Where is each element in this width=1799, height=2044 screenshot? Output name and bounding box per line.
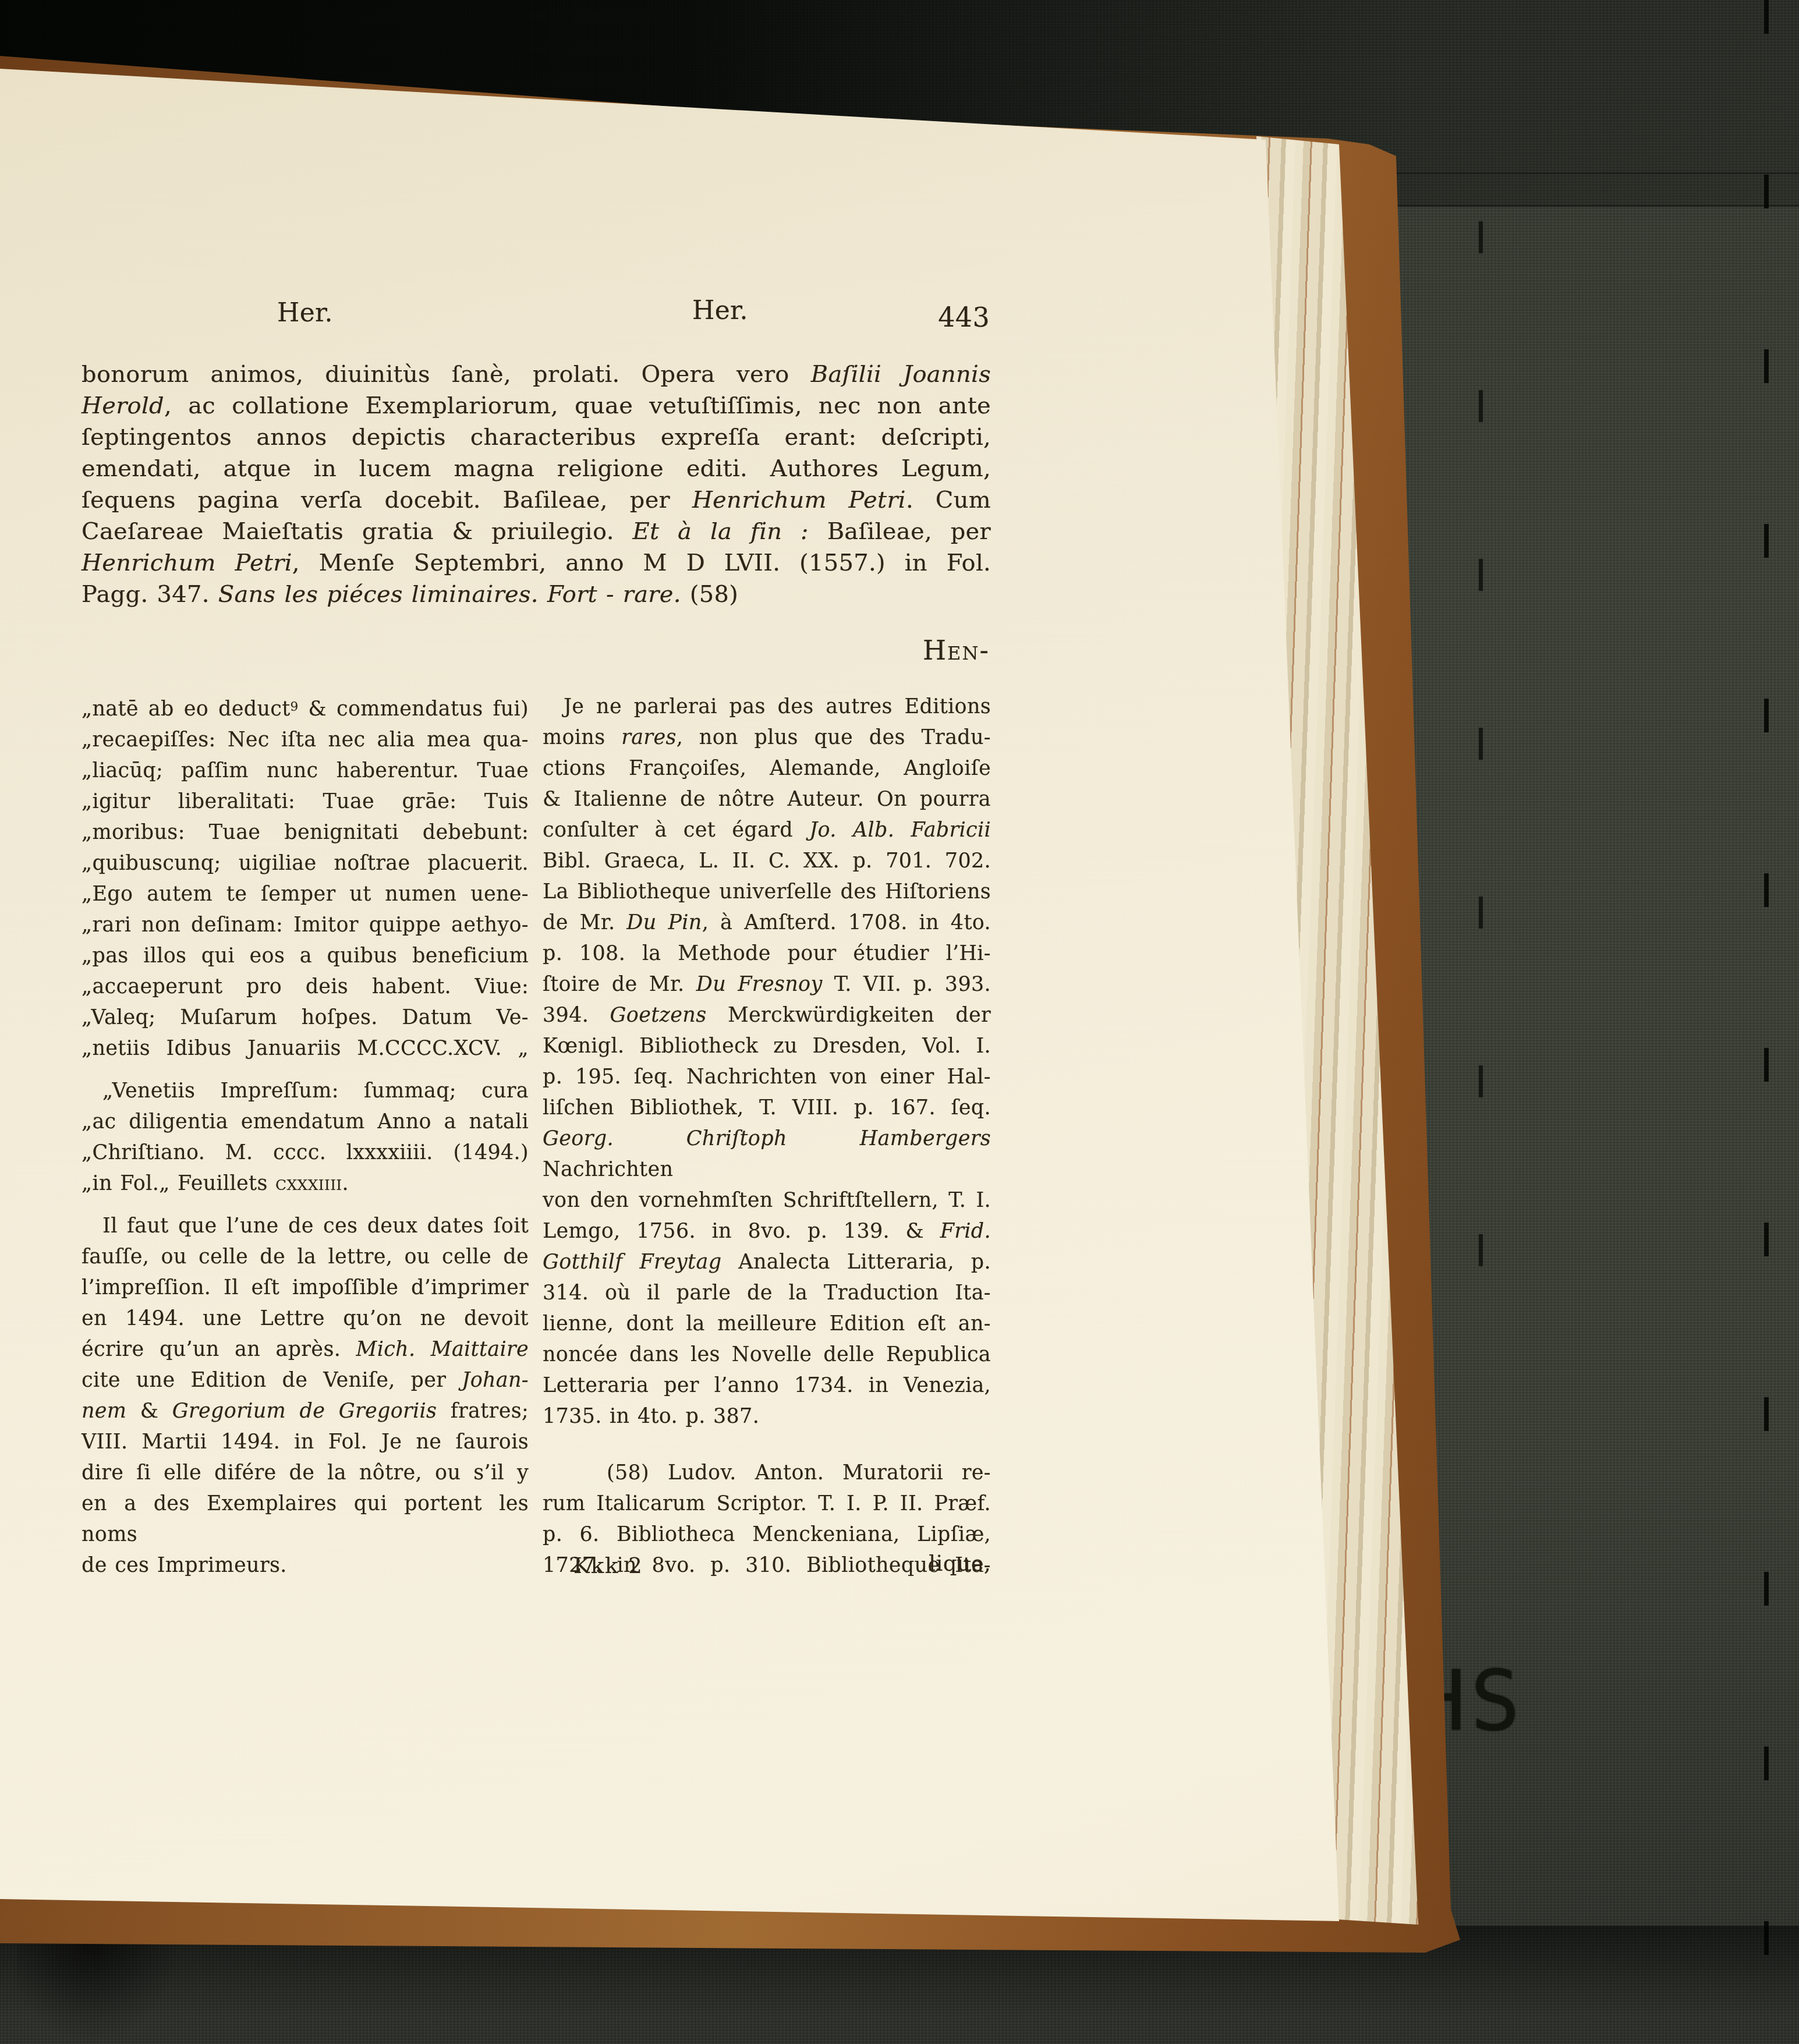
text-line: „Ego autem te ſemper ut numen uene- xyxy=(82,879,529,910)
text-line: dire ſi elle difére de la nôtre, ou s’il… xyxy=(82,1458,529,1489)
text-line: cite une Edition de Veniſe, per Johan- xyxy=(82,1365,529,1396)
text-line: „Venetiis Impreſſum: ſummaq; cura xyxy=(82,1076,529,1107)
text-line: en 1494. une Lettre qu’on ne devoit xyxy=(82,1303,529,1334)
text-segment: „rari non deſinam: Imitor quippe aethyo- xyxy=(82,913,529,937)
text-line: l’impreſſion. Il eſt impoſſible d’imprim… xyxy=(82,1273,529,1303)
text-segment: Letteraria per l’anno 1734. in Venezia, xyxy=(543,1374,991,1397)
text-segment: „Chriſtiano. M. cccc. lxxxxiiii. (1494.) xyxy=(82,1141,529,1164)
text-segment: „igitur liberalitati: Tuae grāe: Tuis xyxy=(82,790,529,813)
text-segment: Et à la fin : xyxy=(632,518,808,545)
text-segment: „Venetiis Impreſſum: ſummaq; cura xyxy=(102,1079,529,1103)
text-line: Henrichum Petri, Menſe Septembri, anno M… xyxy=(82,547,991,579)
text-line: VIII. Martii 1494. in Fol. Je ne ſaurois xyxy=(82,1427,529,1458)
text-segment: „pas illos qui eos a quibus beneficium xyxy=(82,944,529,968)
text-line: „recaepiſſes: Nec iſta nec alia mea qua- xyxy=(82,725,529,756)
text-line: nem & Gregorium de Gregoriis fratres; xyxy=(82,1396,529,1427)
text-segment: Henrichum Petri xyxy=(82,550,292,576)
text-segment: La Bibliotheque univerſelle des Hiſtorie… xyxy=(543,880,991,904)
text-segment: p. 195. ſeq. Nachrichten von einer Hal- xyxy=(543,1065,991,1089)
text-line: p. 108. la Methode pour étudier l’Hi- xyxy=(543,938,991,969)
text-segment: nem xyxy=(82,1400,126,1423)
text-segment: „moribus: Tuae benignitati debebunt: xyxy=(82,821,529,844)
text-line: Caeſareae Maieſtatis gratia & priuilegio… xyxy=(82,516,991,547)
text-segment: liſchen Bibliothek, T. VIII. p. 167. ſeq… xyxy=(543,1096,991,1120)
text-line: ſeptingentos annos depictis characteribu… xyxy=(82,421,991,453)
text-segment: Jo. Alb. Fabricii xyxy=(809,819,991,842)
text-segment: noncée dans les Novelle delle Republica xyxy=(543,1343,991,1366)
text-line: La Bibliotheque univerſelle des Hiſtorie… xyxy=(543,877,991,908)
text-line: „quibuscunq; uigiliae noſtrae placuerit. xyxy=(82,848,529,879)
text-segment: de ces Imprimeurs. xyxy=(82,1554,287,1577)
text-segment: „netiis Idibus Januariis M.CCCC.XCV. „ xyxy=(82,1037,529,1060)
text-segment: Lemgo, 1756. in 8vo. p. 139. & xyxy=(543,1220,940,1243)
text-line: Lemgo, 1756. in 8vo. p. 139. & Frid. xyxy=(543,1216,991,1247)
text-line: Georg. Chriſtoph Hambergers Nachrichten xyxy=(543,1124,991,1185)
page-number: 443 xyxy=(873,302,990,333)
text-line: noncée dans les Novelle delle Republica xyxy=(543,1340,991,1370)
text-segment: Kœnigl. Bibliotheck zu Dresden, Vol. I. xyxy=(543,1035,991,1058)
text-segment: bonorum animos, diuinitùs ſanè, prolati.… xyxy=(82,361,811,388)
text-line: liſchen Bibliothek, T. VIII. p. 167. ſeq… xyxy=(543,1093,991,1124)
text-segment: conſulter à cet égard xyxy=(543,819,809,842)
text-segment: rum Italicarum Scriptor. T. I. P. II. Pr… xyxy=(543,1492,991,1515)
text-line: von den vornehmſten Schriftſtellern, T. … xyxy=(543,1185,991,1216)
text-segment: Johan- xyxy=(462,1369,529,1392)
text-segment: emendati, atque in lucem magna religione… xyxy=(82,455,991,482)
text-segment: fauſſe, ou celle de la lettre, ou celle … xyxy=(82,1245,529,1269)
text-segment: Analecta Litteraria, p. xyxy=(721,1251,991,1274)
text-line: „Valeq; Muſarum hoſpes. Datum Ve- xyxy=(82,1002,529,1033)
text-segment: Baſilii Joannis xyxy=(811,361,991,388)
text-line: de Mr. Du Pin, à Amſterd. 1708. in 4to. xyxy=(543,908,991,938)
text-segment: „accaeperunt pro deis habent. Viue: xyxy=(82,975,529,998)
text-line: „natē ab eo deduct9 & commendatus fui) xyxy=(82,692,529,725)
text-line: „liacūq; paſſim nunc haberentur. Tuae xyxy=(82,756,529,787)
text-line: Letteraria per l’anno 1734. in Venezia, xyxy=(543,1370,991,1401)
text-line: p. 195. ſeq. Nachrichten von einer Hal- xyxy=(543,1062,991,1093)
text-segment: Il faut que l’une de ces deux dates ſoit xyxy=(102,1214,529,1238)
text-line: ſtoire de Mr. Du Fresnoy T. VII. p. 393. xyxy=(543,969,991,1000)
text-line: conſulter à cet égard Jo. Alb. Fabricii xyxy=(543,815,991,846)
text-segment: Du Pin xyxy=(626,911,702,934)
text-line: (58) Ludov. Anton. Muratorii re- xyxy=(543,1458,991,1489)
text-segment: „quibuscunq; uigiliae noſtrae placuerit. xyxy=(82,852,529,875)
text-line: de ces Imprimeurs. xyxy=(82,1550,529,1581)
text-line: écrire qu’un an après. Mich. Maittaire xyxy=(82,1334,529,1365)
left-column: „natē ab eo deduct9 & commendatus fui)„r… xyxy=(82,692,529,1581)
text-line: „ac diligentia emendatum Anno a natali xyxy=(82,1107,529,1138)
text-segment: „liacūq; paſſim nunc haberentur. Tuae xyxy=(82,759,529,782)
text-line: & Italienne de nôtre Auteur. On pourra xyxy=(543,784,991,815)
text-segment: VIII. Martii 1494. in Fol. Je ne ſaurois xyxy=(82,1430,529,1454)
text-segment: T. VII. p. 393. xyxy=(822,973,991,996)
text-segment: cxxxiiii. xyxy=(275,1172,349,1195)
text-segment: en a des Exemplaires qui portent les nom… xyxy=(82,1492,529,1546)
text-segment: von den vornehmſten Schriftſtellern, T. … xyxy=(543,1189,991,1212)
text-segment: Caeſareae Maieſtatis gratia & priuilegio… xyxy=(82,518,632,545)
text-segment: Sans les piéces liminaires. Fort - rare. xyxy=(218,581,681,608)
text-segment: Mich. Maittaire xyxy=(356,1338,529,1361)
text-line: 314. où il parle de la Traduction Ita- xyxy=(543,1278,991,1309)
text-segment: Du Fresnoy xyxy=(696,973,823,996)
text-line: „moribus: Tuae benignitati debebunt: xyxy=(82,817,529,848)
running-title-right: Her. xyxy=(543,296,898,325)
text-segment: 1735. in 4to. p. 387. xyxy=(543,1405,759,1428)
text-segment: Georg. Chriſtoph Hambergers xyxy=(543,1127,991,1150)
signature-mark: Kkk 2 xyxy=(573,1553,643,1578)
text-segment: ſeptingentos annos depictis characteribu… xyxy=(82,424,991,451)
running-title-left: Her. xyxy=(82,298,529,328)
text-segment: dire ſi elle difére de la nôtre, ou s’il… xyxy=(82,1461,529,1485)
text-line: „rari non deſinam: Imitor quippe aethyo- xyxy=(82,910,529,941)
text-segment: Baſileae, per xyxy=(809,518,991,545)
text-line: bonorum animos, diuinitùs ſanè, prolati.… xyxy=(82,359,991,390)
text-segment: Herold xyxy=(82,392,164,419)
text-line: 394. Goetzens Merckwürdigkeiten der xyxy=(543,1000,991,1031)
text-line: „pas illos qui eos a quibus beneficium xyxy=(82,941,529,972)
text-segment: Frid. xyxy=(940,1220,991,1243)
text-segment: . Cum xyxy=(906,487,991,513)
text-segment: de Mr. xyxy=(543,911,626,934)
text-line: ſequens pagina verſa docebit. Baſileae, … xyxy=(82,484,991,516)
text-segment: 394. xyxy=(543,1004,610,1027)
text-segment: 9 xyxy=(291,700,299,714)
text-segment: „Valeq; Muſarum hoſpes. Datum Ve- xyxy=(82,1006,529,1029)
text-segment: rares xyxy=(621,726,677,749)
text-line: „Chriſtiano. M. cccc. lxxxxiiii. (1494.) xyxy=(82,1138,529,1168)
text-line: Bibl. Graeca, L. II. C. XX. p. 701. 702. xyxy=(543,846,991,877)
text-line: en a des Exemplaires qui portent les nom… xyxy=(82,1489,529,1550)
text-segment: l’impreſſion. Il eſt impoſſible d’imprim… xyxy=(82,1276,529,1299)
text-line: p. 6. Bibliotheca Menckeniana, Lipſiæ, xyxy=(543,1519,991,1550)
text-segment: en 1494. une Lettre qu’on ne devoit xyxy=(82,1307,529,1330)
text-segment: écrire qu’un an après. xyxy=(82,1338,356,1361)
text-segment: „ac diligentia emendatum Anno a natali xyxy=(82,1110,529,1133)
text-line: ctions Françoiſes, Alemande, Angloiſe xyxy=(543,753,991,784)
text-line: rum Italicarum Scriptor. T. I. P. II. Pr… xyxy=(543,1489,991,1519)
text-segment: (58) Ludov. Anton. Muratorii re- xyxy=(607,1461,991,1485)
text-segment: cite une Edition de Veniſe, per xyxy=(82,1369,462,1392)
text-segment: , à Amſterd. 1708. in 4to. xyxy=(702,911,991,934)
text-segment: p. 6. Bibliotheca Menckeniana, Lipſiæ, xyxy=(543,1523,991,1546)
text-segment: Bibl. Graeca, L. II. C. XX. p. 701. 702. xyxy=(543,849,991,873)
text-line: Gotthilf Freytag Analecta Litteraria, p. xyxy=(543,1247,991,1278)
text-segment: Nachrichten xyxy=(543,1158,673,1181)
text-segment: „recaepiſſes: Nec iſta nec alia mea qua- xyxy=(82,728,529,752)
text-segment: 314. où il parle de la Traduction Ita- xyxy=(543,1281,991,1305)
text-segment: Gregorium de Gregoriis xyxy=(172,1400,437,1423)
intro-paragraph: bonorum animos, diuinitùs ſanè, prolati.… xyxy=(82,359,991,610)
text-line: „igitur liberalitati: Tuae grāe: Tuis xyxy=(82,787,529,817)
text-segment: (58) xyxy=(681,581,738,608)
text-segment: & xyxy=(126,1400,172,1423)
text-segment: Gotthilf Freytag xyxy=(543,1251,721,1274)
text-segment: ſequens pagina verſa docebit. Baſileae, … xyxy=(82,487,692,513)
text-line: Il faut que l’une de ces deux dates ſoit xyxy=(82,1211,529,1242)
text-segment: & Italienne de nôtre Auteur. On pourra xyxy=(543,788,991,811)
column-catchword: Hen- xyxy=(699,635,990,666)
text-line: „in Fol.„ Feuillets cxxxiiii. xyxy=(82,1168,529,1199)
text-line: lienne, dont la meilleure Edition eſt an… xyxy=(543,1309,991,1340)
text-segment: ſtoire de Mr. xyxy=(543,973,696,996)
text-segment: „natē ab eo deduct xyxy=(82,697,291,721)
text-line: „accaeperunt pro deis habent. Viue: xyxy=(82,972,529,1002)
text-line: moins rares, non plus que des Tradu- xyxy=(543,722,991,753)
text-segment: p. 108. la Methode pour étudier l’Hi- xyxy=(543,942,991,965)
text-segment: fratres; xyxy=(437,1400,529,1423)
text-segment: Goetzens xyxy=(610,1004,707,1027)
text-line: 1735. in 4to. p. 387. xyxy=(543,1401,991,1432)
text-segment: , non plus que des Tradu- xyxy=(677,726,991,749)
text-segment: & commendatus fui) xyxy=(299,697,529,721)
right-column: Je ne parlerai pas des autres Editionsmo… xyxy=(543,692,991,1581)
text-segment: Henrichum Petri xyxy=(692,487,906,513)
text-segment: moins xyxy=(543,726,621,749)
text-segment: „in Fol.„ Feuillets xyxy=(82,1172,275,1195)
text-line: Herold, ac collatione Exemplariorum, qua… xyxy=(82,390,991,421)
text-line: Pagg. 347. Sans les piéces liminaires. F… xyxy=(82,579,991,610)
text-line: emendati, atque in lucem magna religione… xyxy=(82,453,991,484)
text-line: fauſſe, ou celle de la lettre, ou celle … xyxy=(82,1242,529,1273)
text-line: „netiis Idibus Januariis M.CCCC.XCV. „ xyxy=(82,1033,529,1064)
text-segment: , Menſe Septembri, anno M D LVII. (1557.… xyxy=(292,550,991,576)
page-content: Her. Her. 443 bonorum animos, diuinitùs … xyxy=(0,0,1799,2044)
text-segment: ctions Françoiſes, Alemande, Angloiſe xyxy=(543,757,991,780)
text-line: Kœnigl. Bibliotheck zu Dresden, Vol. I. xyxy=(543,1031,991,1062)
text-segment: Pagg. 347. xyxy=(82,581,218,608)
text-segment: lienne, dont la meilleure Edition eſt an… xyxy=(543,1312,991,1335)
text-segment: , ac collatione Exemplariorum, quae vetu… xyxy=(164,392,991,419)
text-line: Je ne parlerai pas des autres Editions xyxy=(543,692,991,722)
text-segment: Merckwürdigkeiten der xyxy=(706,1004,991,1027)
text-segment: Je ne parlerai pas des autres Editions xyxy=(564,695,991,718)
text-segment: „Ego autem te ſemper ut numen uene- xyxy=(82,883,529,906)
catchword: lique, xyxy=(815,1551,991,1576)
